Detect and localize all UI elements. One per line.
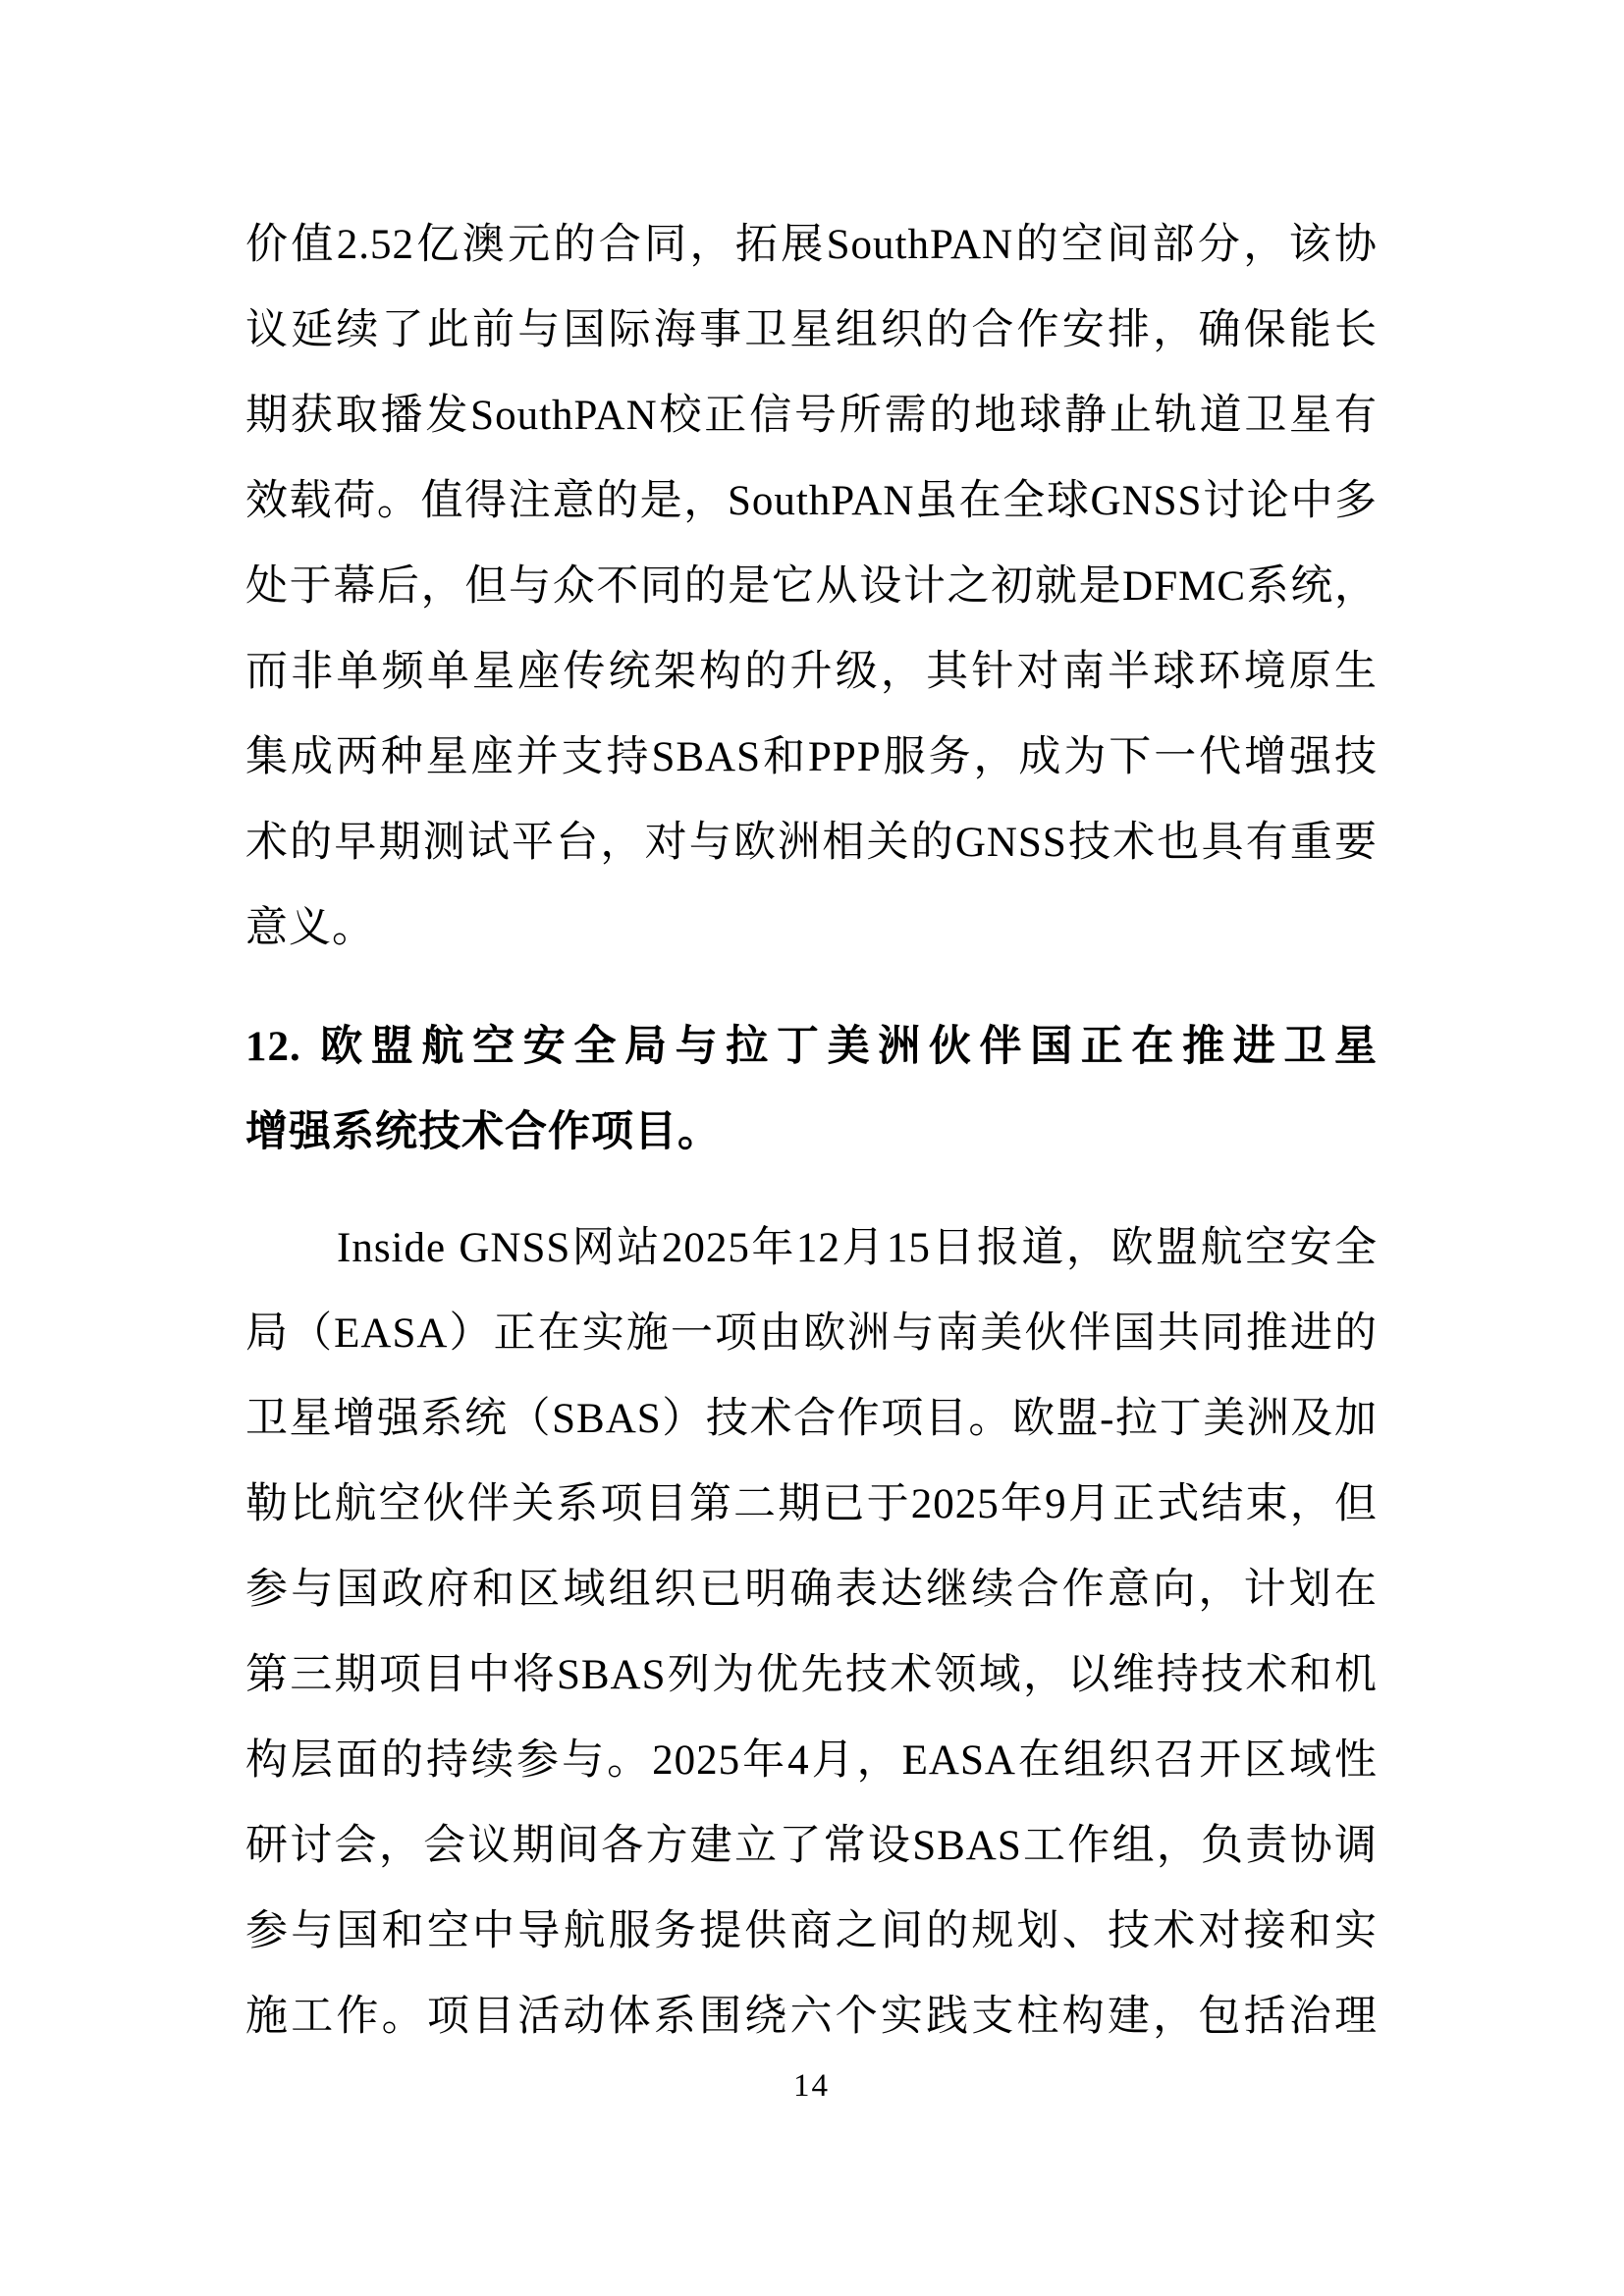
paragraph-southpan-line: 议延续了此前与国际海事卫星组织的合作安排，确保能长: [245, 288, 1378, 373]
paragraph-easa-sbas-line: 卫星增强系统（SBAS）技术合作项目。欧盟-拉丁美洲及加: [245, 1376, 1378, 1462]
paragraph-southpan-line: 而非单频单星座传统架构的升级，其针对南半球环境原生: [245, 629, 1378, 715]
page-number: 14: [245, 2066, 1378, 2106]
paragraph-easa-sbas-line: 构层面的持续参与。2025年4月，EASA在组织召开区域性: [245, 1718, 1378, 1803]
paragraph-southpan-line: 术的早期测试平台，对与欧洲相关的GNSS技术也具有重要: [245, 800, 1378, 885]
paragraph-southpan-line: 集成两种星座并支持SBAS和PPP服务，成为下一代增强技: [245, 715, 1378, 800]
section-heading-12: 12. 欧盟航空安全局与拉丁美洲伙伴国正在推进卫星增强系统技术合作项目。: [245, 1004, 1378, 1175]
paragraph-easa-sbas-line: 施工作。项目活动体系围绕六个实践支柱构建，包括治理: [245, 1974, 1378, 2059]
document-page: 价值2.52亿澳元的合同，拓展SouthPAN的空间部分，该协议延续了此前与国际…: [0, 0, 1624, 2296]
paragraph-easa-sbas-line: 研讨会，会议期间各方建立了常设SBAS工作组，负责协调: [245, 1803, 1378, 1889]
paragraph-easa-sbas-line: 第三期项目中将SBAS列为优先技术领域，以维持技术和机: [245, 1632, 1378, 1718]
paragraph-southpan-line: 意义。: [245, 885, 1378, 971]
paragraph-easa-sbas: Inside GNSS网站2025年12月15日报道，欧盟航空安全局（EASA）…: [245, 1205, 1378, 2059]
paragraph-southpan-line: 处于幕后，但与众不同的是它从设计之初就是DFMC系统，: [245, 544, 1378, 629]
paragraph-easa-sbas-line: 勒比航空伙伴关系项目第二期已于2025年9月正式结束，但: [245, 1462, 1378, 1547]
paragraph-southpan-line: 效载荷。值得注意的是，SouthPAN虽在全球GNSS讨论中多: [245, 458, 1378, 544]
paragraph-easa-sbas-line: Inside GNSS网站2025年12月15日报道，欧盟航空安全: [245, 1205, 1378, 1291]
section-heading-12-line: 增强系统技术合作项目。: [245, 1090, 1378, 1175]
paragraph-southpan-line: 期获取播发SouthPAN校正信号所需的地球静止轨道卫星有: [245, 373, 1378, 458]
paragraph-easa-sbas-line: 局（EASA）正在实施一项由欧洲与南美伙伴国共同推进的: [245, 1291, 1378, 1376]
paragraph-southpan-line: 价值2.52亿澳元的合同，拓展SouthPAN的空间部分，该协: [245, 202, 1378, 288]
section-heading-12-line: 12. 欧盟航空安全局与拉丁美洲伙伴国正在推进卫星: [245, 1004, 1378, 1090]
paragraph-southpan: 价值2.52亿澳元的合同，拓展SouthPAN的空间部分，该协议延续了此前与国际…: [245, 202, 1378, 971]
paragraph-easa-sbas-line: 参与国政府和区域组织已明确表达继续合作意向，计划在: [245, 1547, 1378, 1632]
paragraph-easa-sbas-line: 参与国和空中导航服务提供商之间的规划、技术对接和实: [245, 1889, 1378, 1974]
